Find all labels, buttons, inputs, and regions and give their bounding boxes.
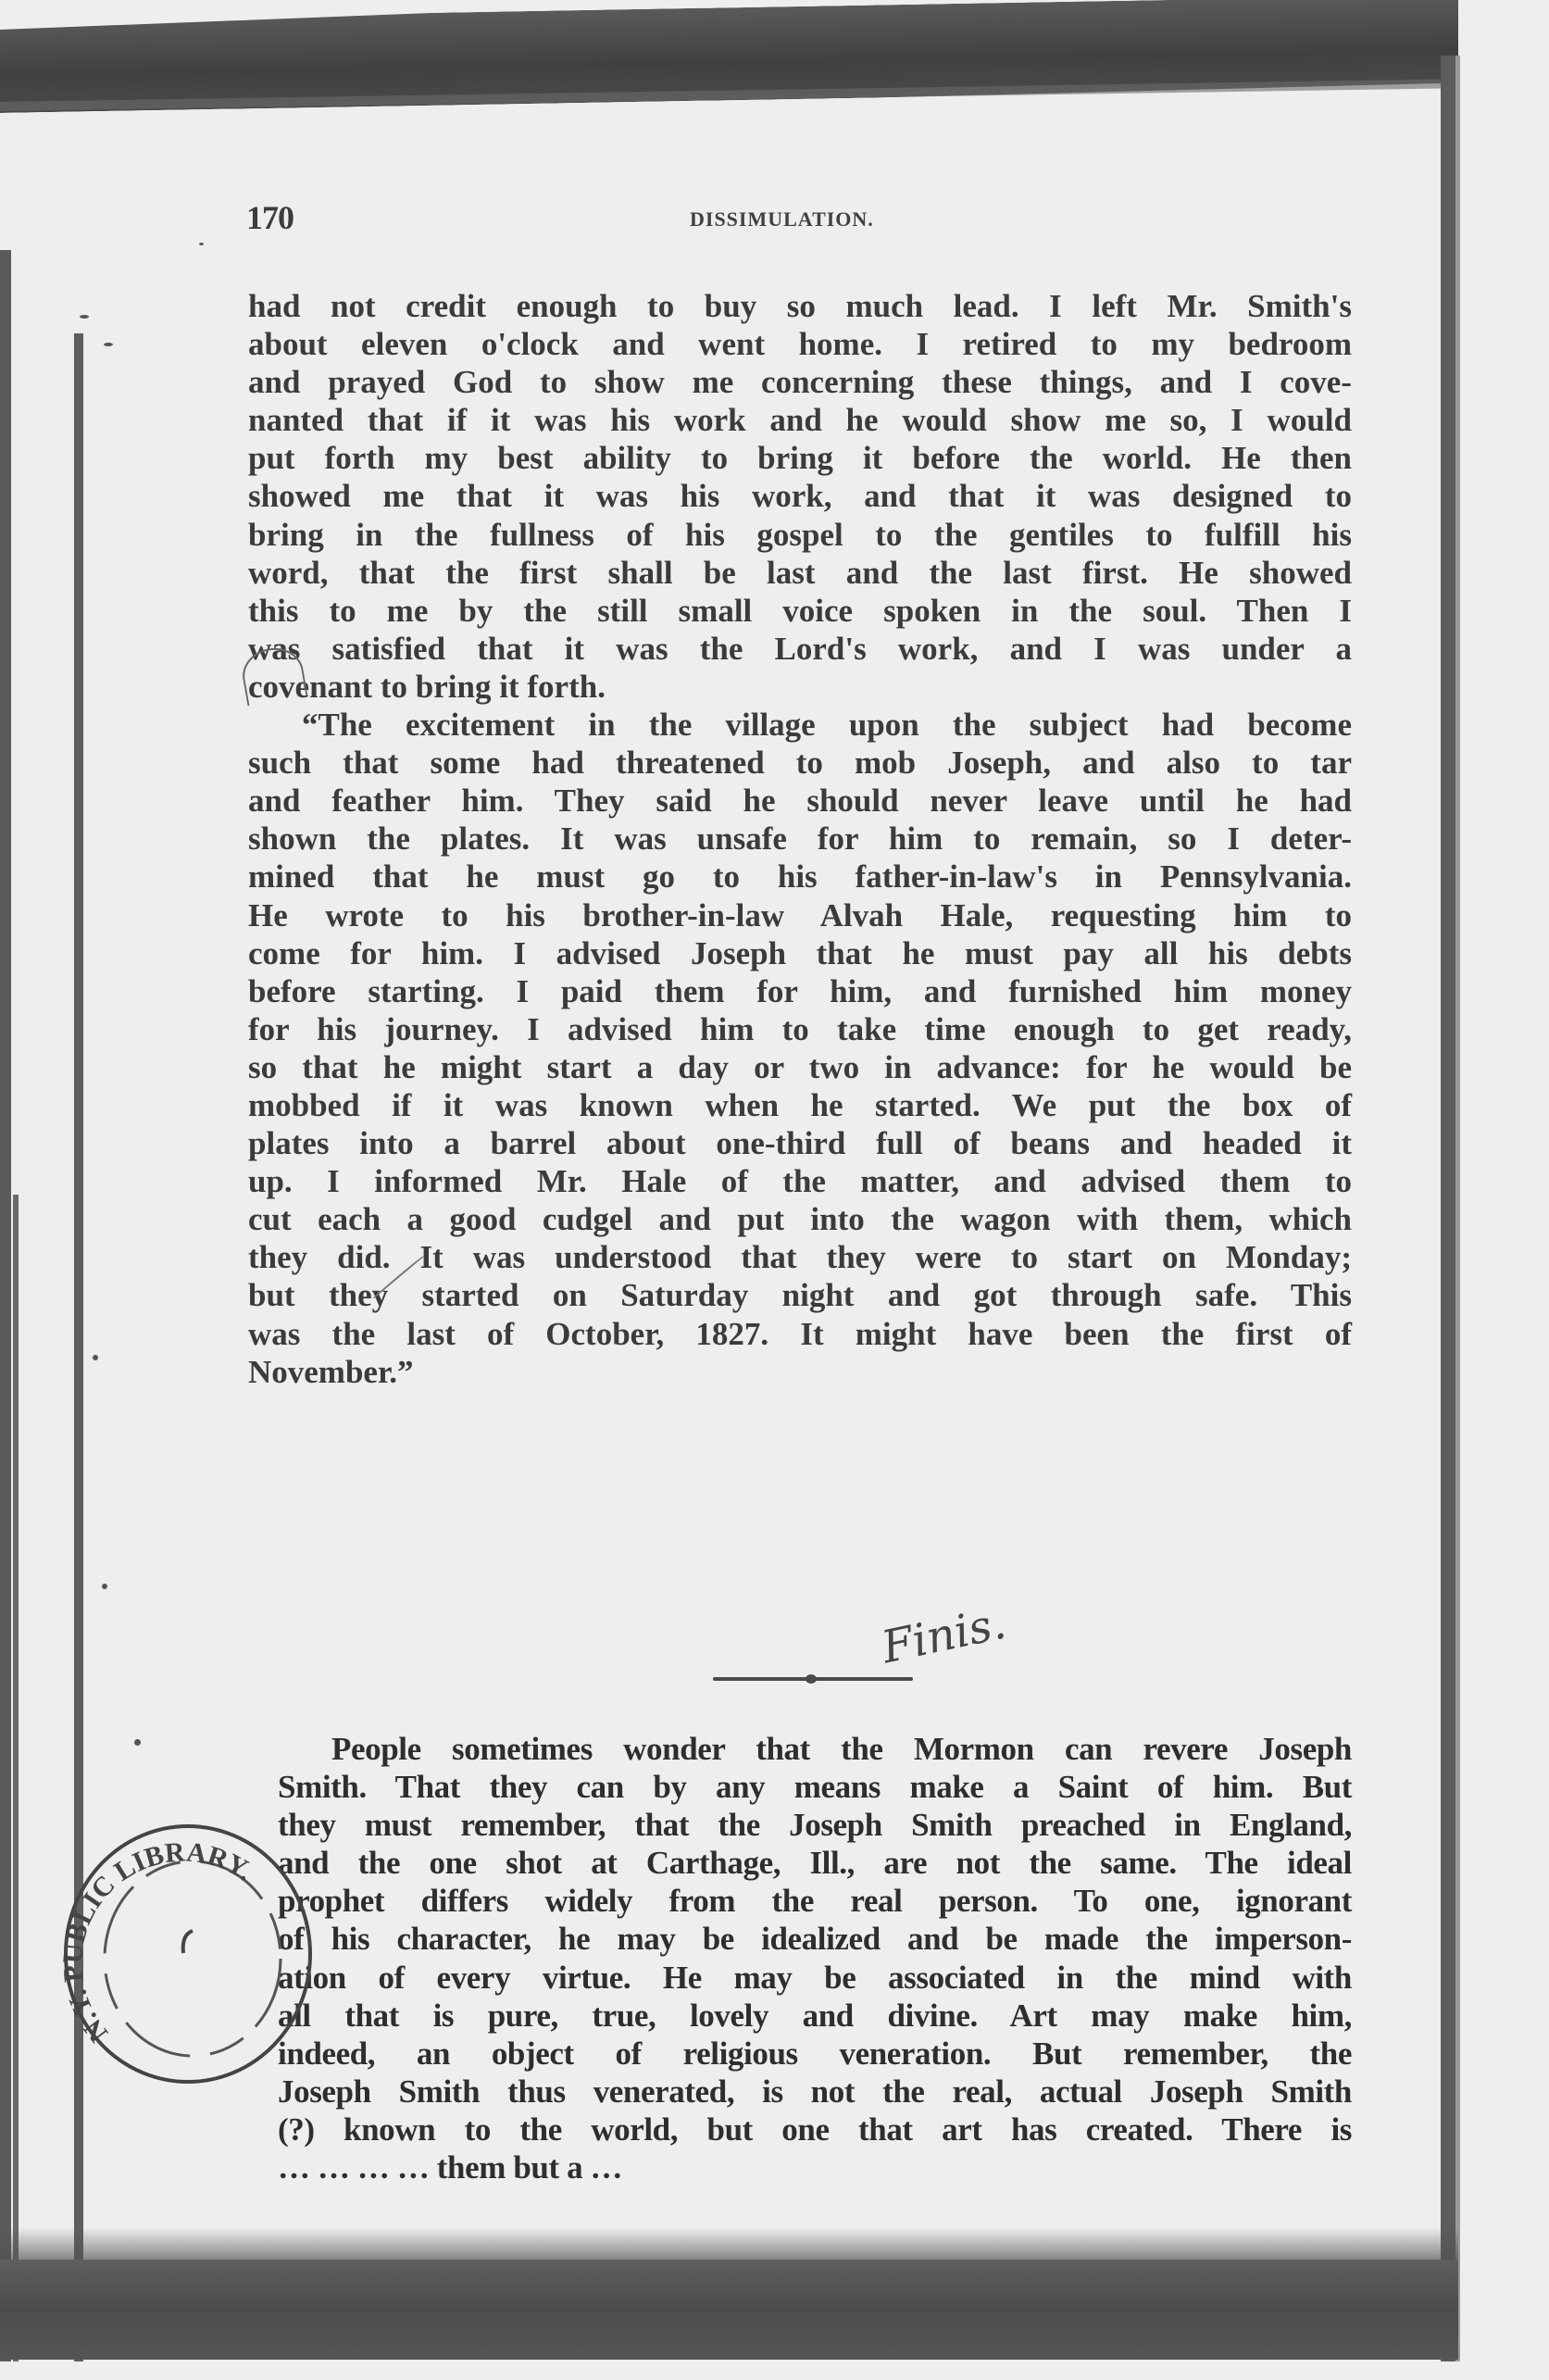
text-line: so that he might start a day or two in a… (248, 1048, 1352, 1086)
text-line: November.” (248, 1353, 1352, 1391)
text-line: such that some had threatened to mob Jos… (248, 744, 1352, 782)
body-text: had not credit enough to buy so much lea… (248, 287, 1352, 1391)
text-line: and the one shot at Carthage, Ill., are … (278, 1844, 1352, 1882)
text-line: Joseph Smith thus venerated, is not the … (278, 2073, 1352, 2111)
text-line: mobbed if it was known when he started. … (248, 1086, 1352, 1124)
text-line: come for him. I advised Joseph that he m… (248, 934, 1352, 972)
text-line: “The excitement in the village upon the … (248, 706, 1352, 744)
scan-bottom-fade (0, 2227, 1458, 2264)
dust-speck (80, 315, 89, 319)
text-line: ation of every virtue. He may be associa… (278, 1959, 1352, 1997)
text-line: before starting. I paid them for him, an… (248, 972, 1352, 1010)
text-line: put forth my best ability to bring it be… (248, 439, 1352, 477)
text-line: for his journey. I advised him to take t… (248, 1010, 1352, 1048)
text-line: all that is pure, true, lovely and divin… (278, 1997, 1352, 2035)
library-stamp: N.Y. PUBLIC LIBRARY. (54, 1815, 322, 2093)
text-line: was the last of October, 1827. It might … (248, 1315, 1352, 1353)
paragraph-quotation: “The excitement in the village upon the … (248, 706, 1352, 1391)
text-line: bring in the fullness of his gospel to t… (248, 516, 1352, 554)
page-right-edge-shadow (1455, 56, 1460, 2361)
text-line: nanted that if it was his work and he wo… (248, 401, 1352, 439)
text-line: up. I informed Mr. Hale of the matter, a… (248, 1162, 1352, 1200)
scan-left-edge (0, 250, 11, 2361)
text-line: showed me that it was his work, and that… (248, 477, 1352, 515)
handwritten-annotation: Finis. (878, 1597, 1011, 1674)
text-line: mined that he must go to his father-in-l… (248, 858, 1352, 896)
stamp-icon: N.Y. PUBLIC LIBRARY. (54, 1815, 322, 2093)
text-line: People sometimes wonder that the Mormon … (278, 1730, 1352, 1768)
text-line: plates into a barrel about one-third ful… (248, 1124, 1352, 1162)
dust-speck (93, 1355, 98, 1360)
text-line: He wrote to his brother-in-law Alvah Hal… (248, 896, 1352, 934)
paragraph-commentary: People sometimes wonder that the Mormon … (278, 1730, 1352, 2186)
stamp-text: N.Y. PUBLIC LIBRARY. (57, 1836, 259, 2048)
text-line: (?) known to the world, but one that art… (278, 2111, 1352, 2148)
text-line: Smith. That they can by any means make a… (278, 1768, 1352, 1806)
text-line: and prayed God to show me concerning the… (248, 363, 1352, 401)
text-line: … … … … them but a … (278, 2148, 1352, 2186)
svg-text:N.Y. PUBLIC LIBRARY.: N.Y. PUBLIC LIBRARY. (57, 1836, 259, 2048)
text-line: of his character, he may be idealized an… (278, 1920, 1352, 1958)
text-line: about eleven o'clock and went home. I re… (248, 325, 1352, 363)
text-line: they did. It was understood that they we… (248, 1238, 1352, 1276)
text-line: indeed, an object of religious veneratio… (278, 2035, 1352, 2073)
dust-speck (134, 1739, 141, 1746)
paragraph-continuation: had not credit enough to buy so much lea… (248, 287, 1352, 706)
text-line: shown the plates. It was unsafe for him … (248, 820, 1352, 858)
section-divider-ornament (806, 1674, 817, 1684)
scan-bottom-shadow (0, 2260, 1458, 2360)
text-line: covenant to bring it forth. (248, 668, 1352, 706)
scan-left-edge-inner (13, 1195, 19, 2361)
text-line: prophet differs widely from the real per… (278, 1882, 1352, 1920)
dust-speck (104, 343, 113, 346)
running-head: DISSIMULATION. (690, 207, 874, 232)
dust-speck (102, 1584, 107, 1589)
text-line: they must remember, that the Joseph Smit… (278, 1806, 1352, 1844)
text-line: cut each a good cudgel and put into the … (248, 1200, 1352, 1238)
page-right-edge (1441, 56, 1455, 2361)
text-line: word, that the first shall be last and t… (248, 554, 1352, 592)
dust-speck (199, 243, 204, 245)
text-line: had not credit enough to buy so much lea… (248, 287, 1352, 325)
page-number: 170 (246, 198, 294, 237)
inserted-text-block: People sometimes wonder that the Mormon … (278, 1730, 1352, 2186)
text-line: was satisfied that it was the Lord's wor… (248, 630, 1352, 668)
text-line: this to me by the still small voice spok… (248, 592, 1352, 630)
text-line: and feather him. They said he should nev… (248, 782, 1352, 820)
text-line: but they started on Saturday night and g… (248, 1276, 1352, 1314)
